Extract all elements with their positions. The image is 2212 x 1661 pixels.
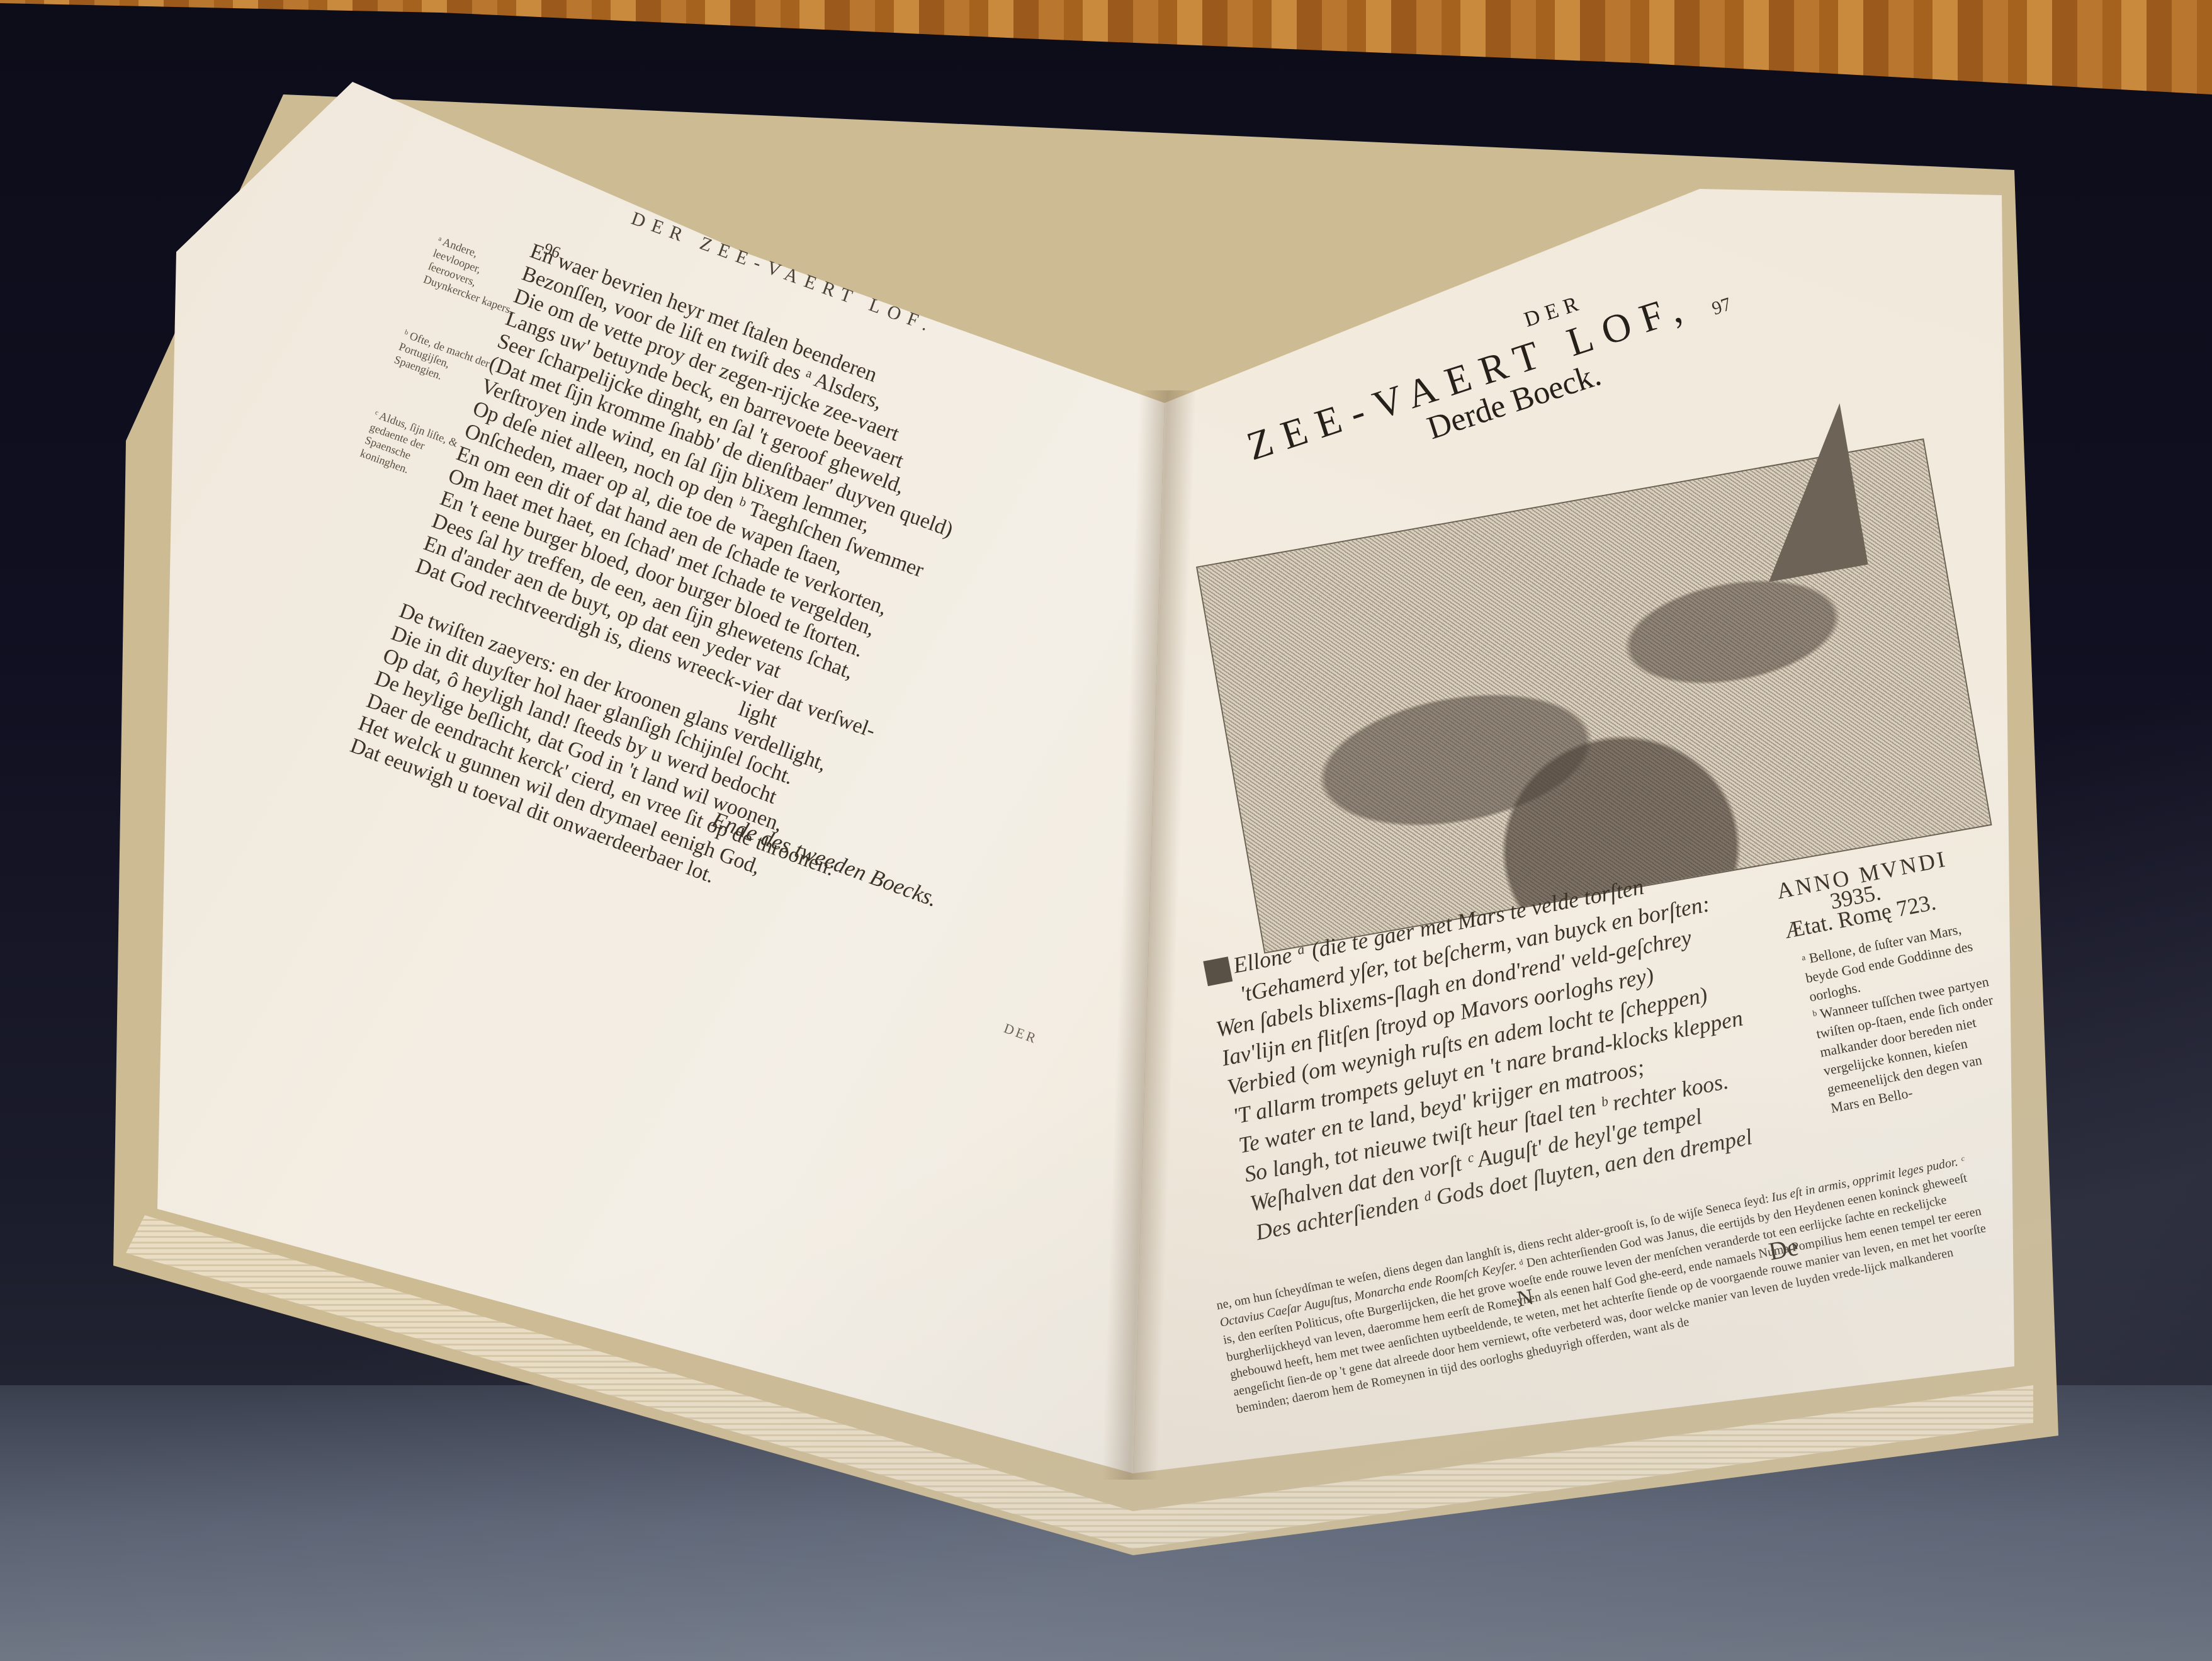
open-book: 96 DER ZEE-VAERT LOF. ᵃ Andere, leevloop… <box>0 0 2212 1661</box>
margin-note: ᵇ Ofte, de macht der Portugijſen, Spaeng… <box>392 326 495 397</box>
side-notes: ᵃ Bellone, de ſuſter van Mars, beyde God… <box>1800 916 2012 1118</box>
right-catchword: De <box>1766 1232 1801 1266</box>
drop-cap-b <box>1203 956 1233 986</box>
